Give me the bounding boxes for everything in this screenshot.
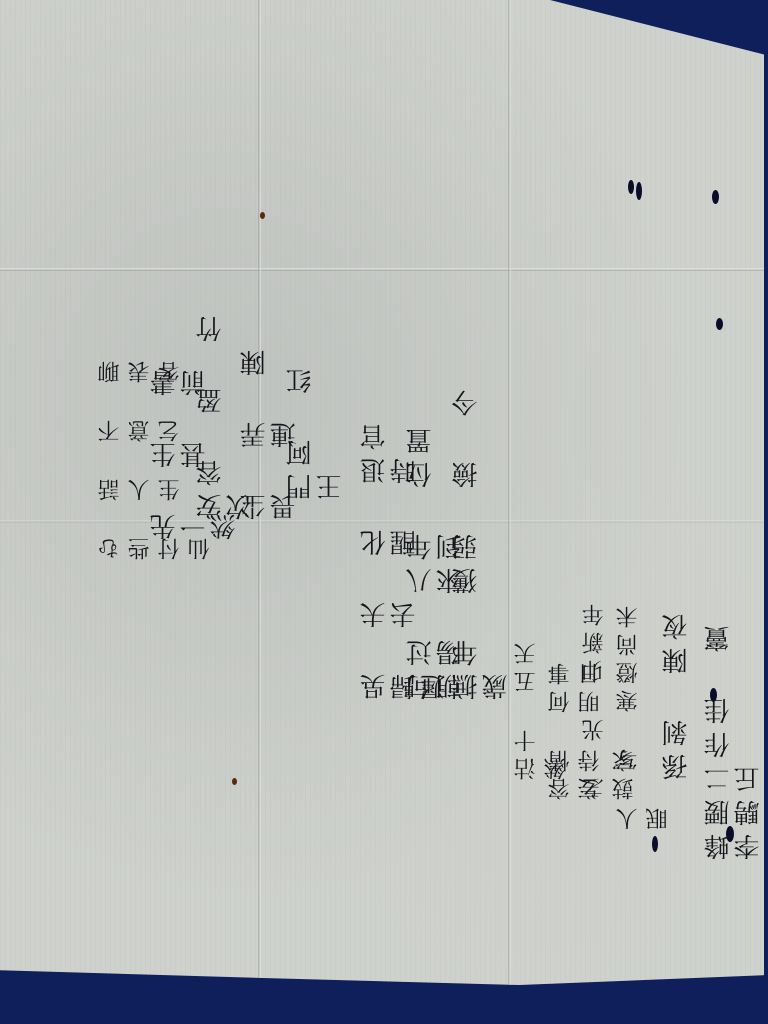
stain-spot [232,778,237,785]
text-column: 吳 夫 化 退官 歸 去 醒 時 遲 [360,380,450,700]
ink-tick-mark [716,318,723,330]
ink-tick-mark [652,836,658,852]
text-column: む 話 不 聊 些 人 意 表 付 生 乞 客 仙 [96,300,216,560]
paper-sheet: 蜂腰二作佳 竇李騁丘 孫剝 陳夜 人 写 寒燈尚未眠 之 光 卯新年 鼓家 容情… [0,0,764,990]
horizontal-fold [0,268,764,271]
ink-tick-mark [628,180,634,194]
text-column: 蜂腰二作佳 竇李騁丘 [704,590,764,860]
ink-tick-mark [636,182,642,200]
ink-tick-mark [712,190,719,204]
text-column: 沽十 五天 然 [512,600,572,780]
stain-spot [260,212,265,219]
